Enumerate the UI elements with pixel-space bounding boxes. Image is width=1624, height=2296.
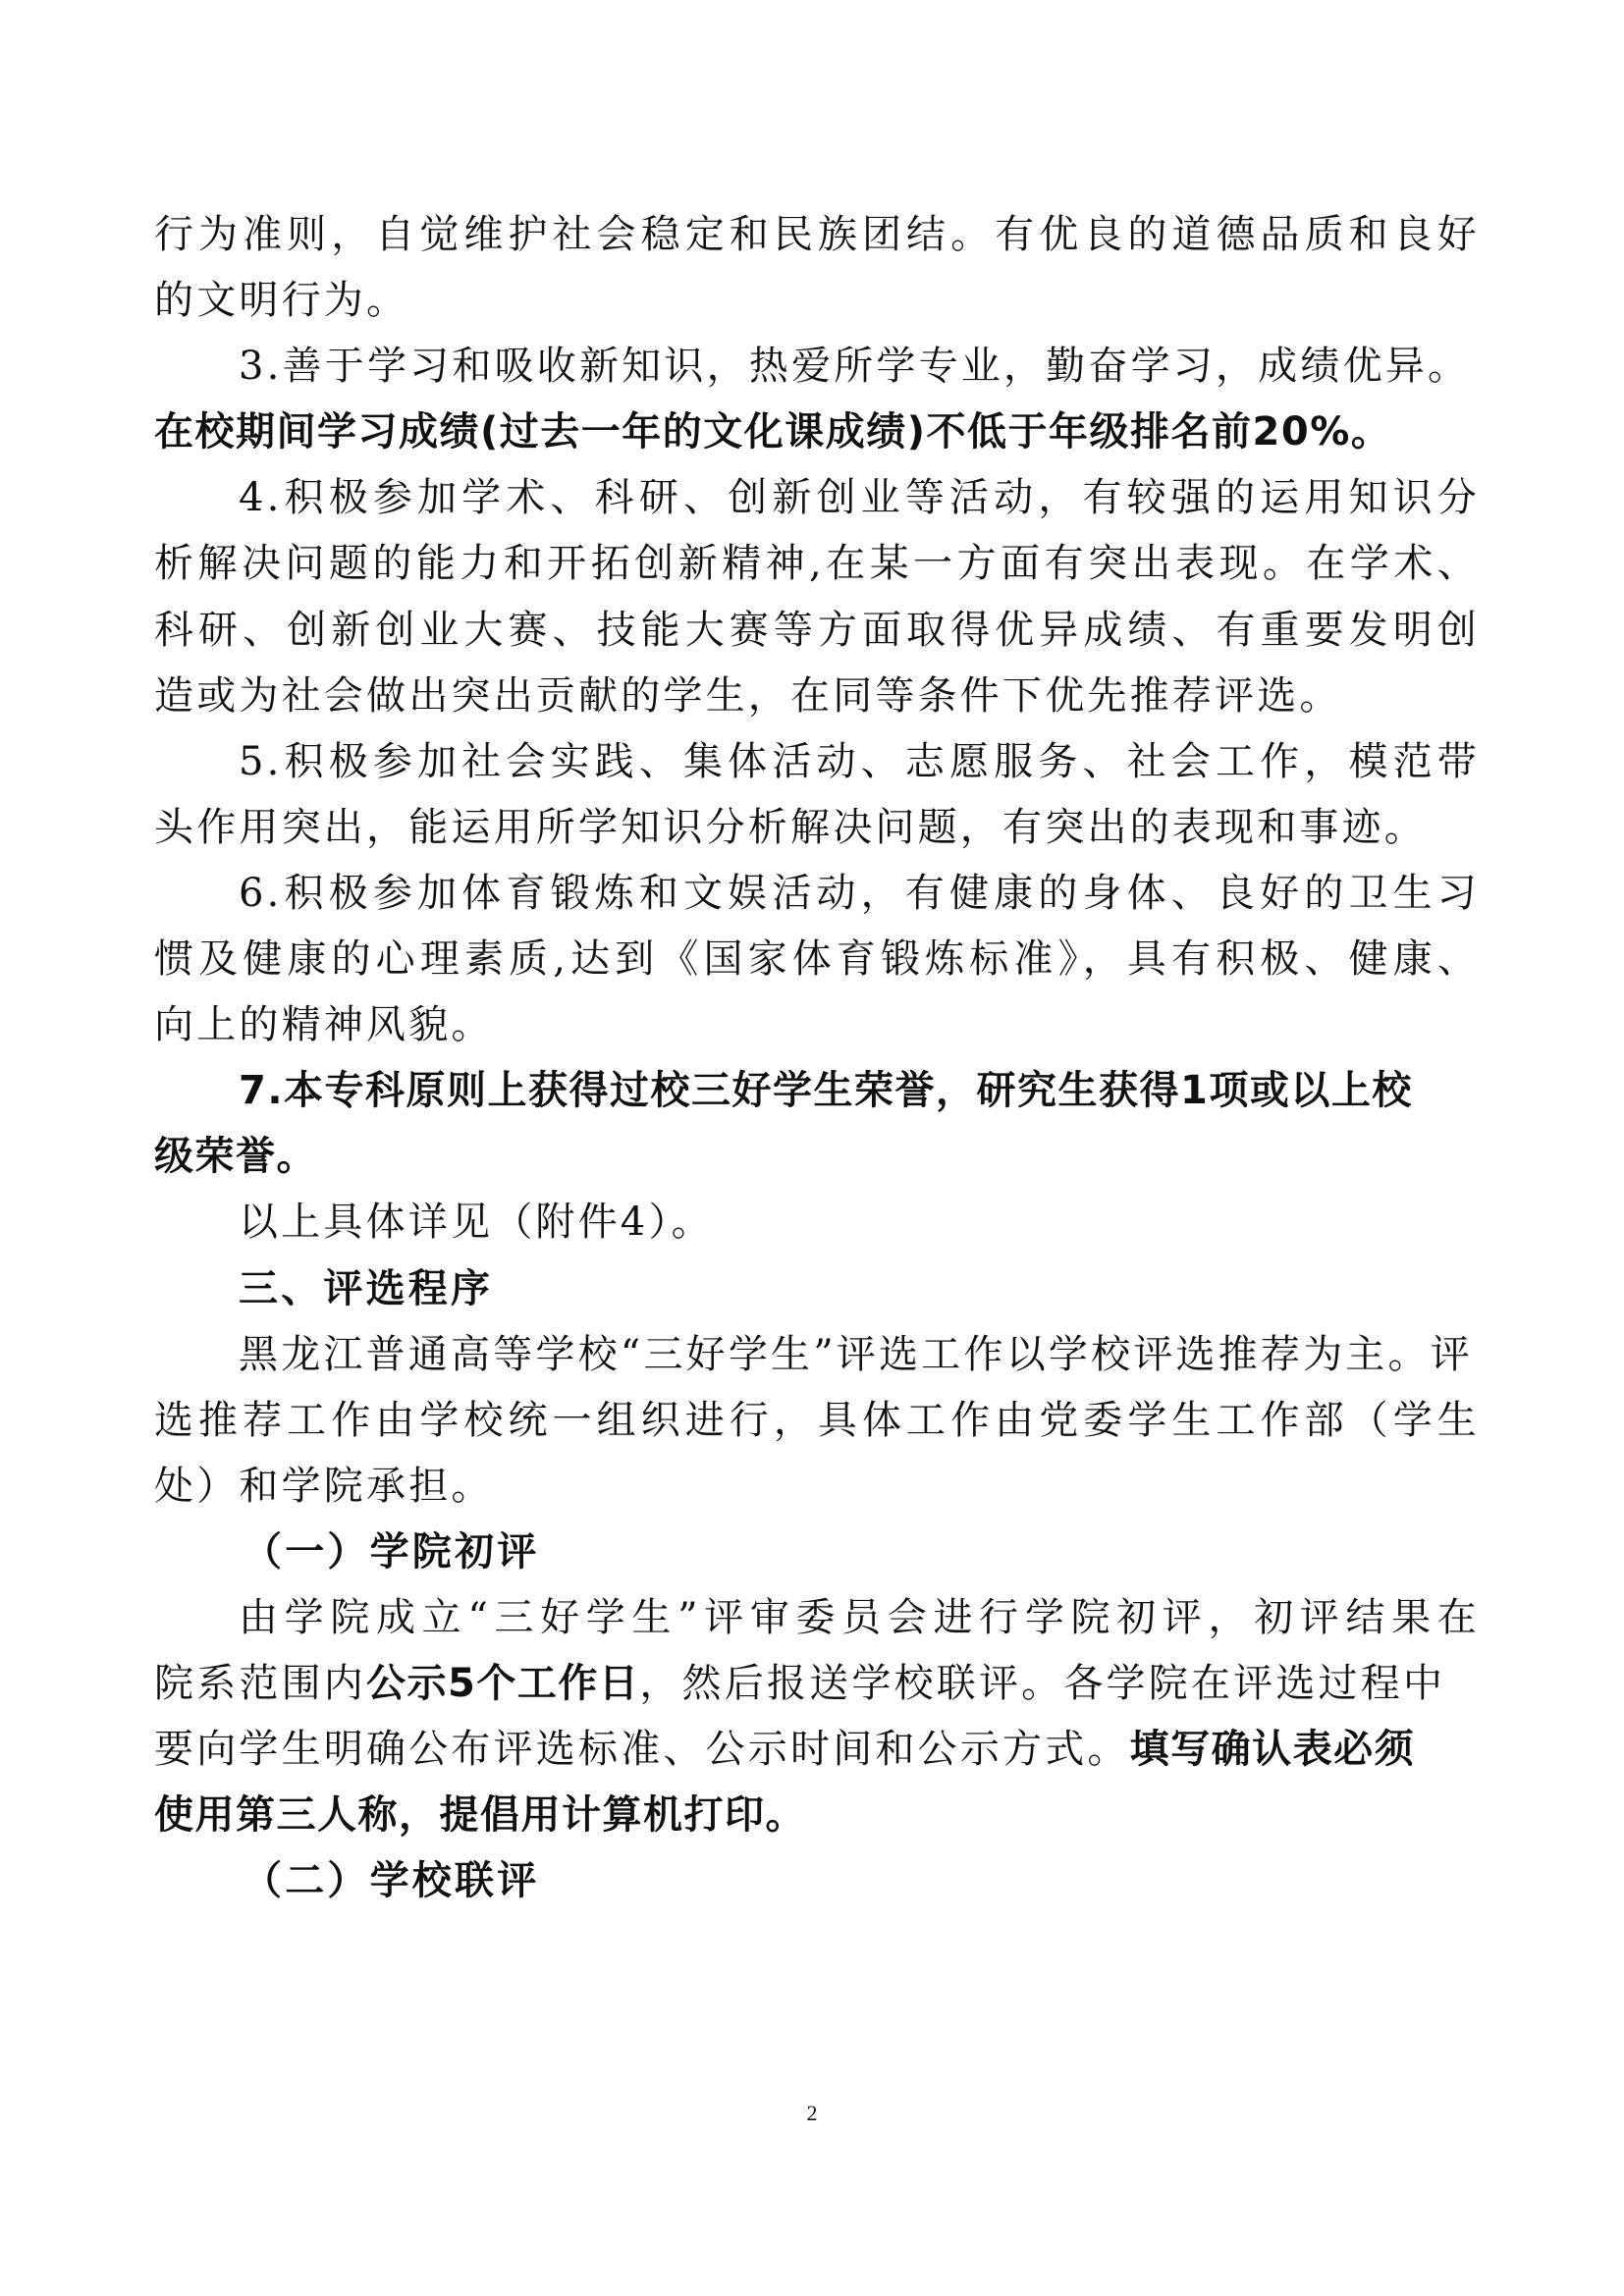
text-line: 由学院成立“三好学生”评审委员会进行学院初评，初评结果在 <box>154 1585 1480 1651</box>
text-line: 院系范围内公示5个工作日，然后报送学校联评。各学院在评选过程中 <box>154 1651 1480 1717</box>
subsection-heading-school-review: （二）学校联评 <box>154 1848 1480 1914</box>
subsection-heading-college-review: （一）学院初评 <box>154 1520 1480 1585</box>
text-line: 选推荐工作由学校统一组织进行，具体工作由党委学生工作部（学生 <box>154 1388 1480 1454</box>
text-line: 要向学生明确公布评选标准、公示时间和公示方式。填写确认表必须 <box>154 1717 1480 1783</box>
text-span: ，然后报送学校联评。各学院在评选过程中 <box>639 1661 1445 1706</box>
document-body: 行为准则，自觉维护社会稳定和民族团结。有优良的道德品质和良好 的文明行为。 3.… <box>154 202 1480 1914</box>
bold-text-span: 填写确认表必须 <box>1130 1727 1416 1772</box>
text-line: 的文明行为。 <box>154 268 1480 334</box>
text-line: 处）和学院承担。 <box>154 1454 1480 1520</box>
text-line: 头作用突出，能运用所学知识分析解决问题，有突出的表现和事迹。 <box>154 795 1480 861</box>
bold-text-line: 使用第三人称，提倡用计算机打印。 <box>154 1783 1480 1848</box>
text-line: 造或为社会做出突出贡献的学生，在同等条件下优先推荐评选。 <box>154 664 1480 729</box>
criterion-6: 6.积极参加体育锻炼和文娱活动，有健康的身体、良好的卫生习 <box>154 861 1480 927</box>
section-heading-procedure: 三、评选程序 <box>154 1256 1480 1322</box>
text-line: 析解决问题的能力和开拓创新精神,在某一方面有突出表现。在学术、 <box>154 531 1480 597</box>
text-line: 惯及健康的心理素质,达到《国家体育锻炼标准》，具有积极、健康、 <box>154 927 1480 992</box>
criterion-4: 4.积极参加学术、科研、创新创业等活动，有较强的运用知识分 <box>154 465 1480 531</box>
text-span: 要向学生明确公布评选标准、公示时间和公示方式。 <box>154 1727 1130 1772</box>
text-line: 行为准则，自觉维护社会稳定和民族团结。有优良的道德品质和良好 <box>154 202 1480 268</box>
attachment-note: 以上具体详见（附件4）。 <box>154 1190 1480 1255</box>
criterion-5: 5.积极参加社会实践、集体活动、志愿服务、社会工作，模范带 <box>154 729 1480 795</box>
criterion-7-bold-cont: 级荣誉。 <box>154 1124 1480 1190</box>
criterion-3-bold: 在校期间学习成绩(过去一年的文化课成绩)不低于年级排名前20%。 <box>154 400 1480 465</box>
bold-text-span: 公示5个工作日 <box>366 1661 639 1706</box>
criterion-3: 3.善于学习和吸收新知识，热爱所学专业，勤奋学习，成绩优异。 <box>154 334 1480 400</box>
text-span: 院系范围内 <box>154 1661 366 1706</box>
text-line: 向上的精神风貌。 <box>154 992 1480 1058</box>
text-line: 科研、创新创业大赛、技能大赛等方面取得优异成绩、有重要发明创 <box>154 598 1480 664</box>
text-line: 黑龙江普通高等学校“三好学生”评选工作以学校评选推荐为主。评 <box>154 1322 1480 1388</box>
page-number: 2 <box>0 2101 1624 2126</box>
criterion-7-bold: 7.本专科原则上获得过校三好学生荣誉，研究生获得1项或以上校 <box>154 1058 1480 1124</box>
document-page: 行为准则，自觉维护社会稳定和民族团结。有优良的道德品质和良好 的文明行为。 3.… <box>0 0 1624 2296</box>
